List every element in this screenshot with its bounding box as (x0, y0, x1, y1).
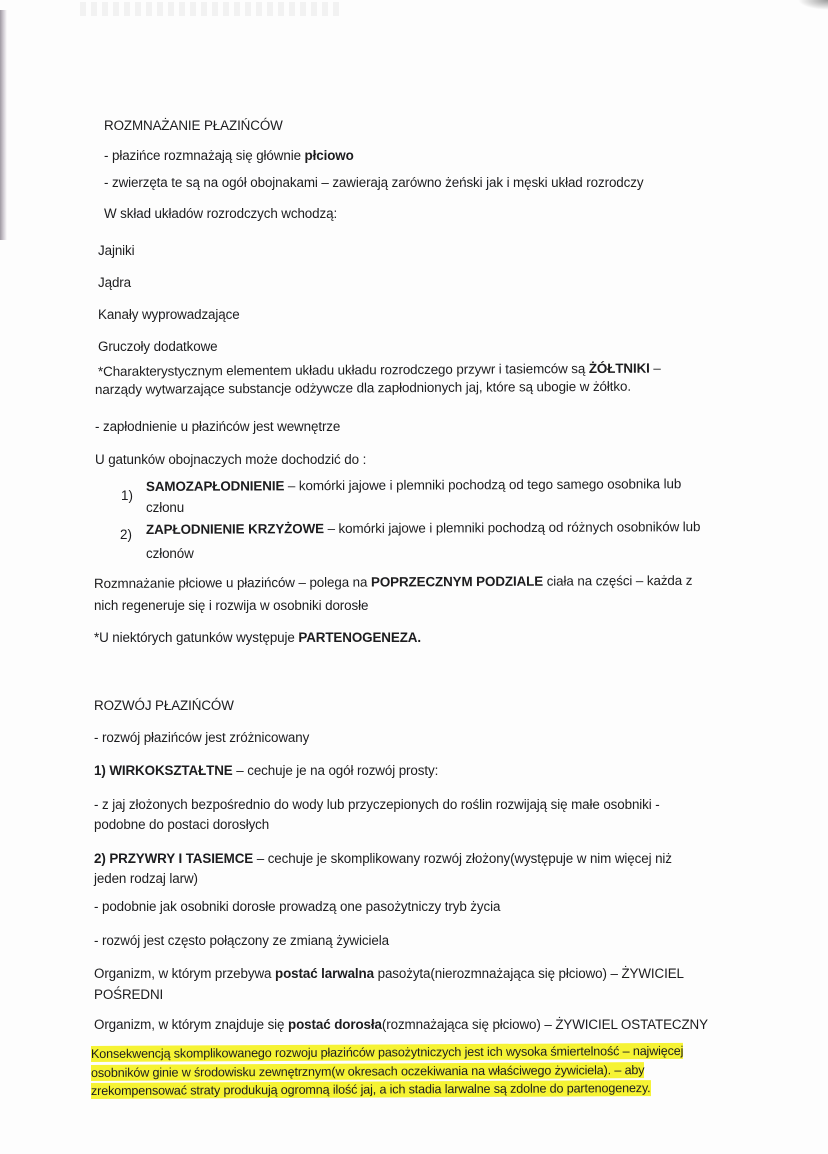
bold-term: postać larwalna (275, 966, 374, 981)
bold-term: postać dorosła (288, 1017, 382, 1032)
section-heading-reproduction: ROZMNAŻANIE PŁAZIŃCÓW (104, 117, 283, 135)
paragraph-line2: podobne do postaci dorosłych (94, 816, 269, 834)
bold-term: POPRZECZNYM PODZIALE (371, 574, 543, 590)
paragraph: - zwierzęta te są na ogół obojnakami – z… (104, 174, 643, 192)
paragraph-line2: jeden rodzaj larw) (94, 870, 198, 888)
page-edge-shadow (0, 10, 7, 240)
list-item-organ: Jądra (98, 274, 131, 292)
paragraph-division-line2: nich regeneruje się i rozwija w osobniki… (94, 597, 368, 615)
text: – cechuje je na ogół rozwój prosty: (233, 763, 439, 778)
highlighted-text-line: Konsekwencją skomplikowanego rozwoju pła… (91, 1043, 683, 1062)
text: *U niektórych gatunków występuje (94, 630, 298, 645)
bold-term: SAMOZAPŁODNIENIE (146, 478, 284, 494)
bold-term: PRZYWRY I TASIEMCE (109, 851, 253, 866)
text: ciała na części – każda z (543, 573, 692, 589)
list-item-cross-fertilization: ZAPŁODNIENIE KRZYŻOWE – komórki jajowe i… (146, 518, 700, 539)
text: Organizm, w którym znajduje się (94, 1017, 288, 1032)
bold-term: PARTENOGENEZA. (298, 630, 421, 645)
list-item-continuation: członu (146, 499, 184, 517)
list-number: 1) (121, 487, 133, 505)
text: Organizm, w którym przebywa (94, 966, 275, 981)
corner-smudge (798, 0, 828, 10)
list-item-selfing: SAMOZAPŁODNIENIE – komórki jajowe i plem… (146, 475, 681, 496)
paragraph-definitive-host: Organizm, w którym znajduje się postać d… (94, 1016, 708, 1034)
paragraph: - podobnie jak osobniki dorosłe prowadzą… (94, 898, 500, 916)
paragraph-flukes-tapeworms: 2) PRZYWRY I TASIEMCE – cechuje je skomp… (94, 850, 672, 868)
text: *Charakterystycznym elementem układu ukł… (98, 361, 589, 379)
paragraph-intermediate-host: Organizm, w którym przebywa postać larwa… (94, 965, 684, 983)
note-parthenogenesis: *U niektórych gatunków występuje PARTENO… (94, 629, 421, 647)
text: – (650, 361, 661, 376)
section-heading-development: ROZWÓJ PŁAZIŃCÓW (94, 697, 234, 715)
paragraph: - rozwój jest często połączony ze zmianą… (94, 932, 389, 950)
note-zoltniki-line2: narządy wytwarzające substancje odżywcze… (95, 378, 631, 399)
paragraph: - zapłodnienie u płazińców jest wewnętrz… (95, 418, 340, 436)
highlighted-paragraph: Konsekwencją skomplikowanego rozwoju pła… (91, 1045, 731, 1101)
bold-term: płciowo (305, 148, 354, 163)
highlighted-text-line: osobników ginie w środowisku zewnętrznym… (91, 1062, 644, 1081)
text: (rozmnażająca się płciowo) – ŻYWICIEL OS… (382, 1017, 708, 1032)
paragraph: - rozwój płazińców jest zróżnicowany (94, 729, 309, 747)
bold-term: 1) WIRKOKSZTAŁTNE (94, 763, 233, 778)
bold-term: 2) (94, 851, 109, 866)
paragraph: - płazińce rozmnażają się głównie płciow… (104, 147, 354, 165)
paragraph-division: Rozmnażanie płciowe u płazińców – polega… (94, 572, 692, 593)
paragraph: W skład układów rozrodczych wchodzą: (104, 205, 337, 223)
list-number: 2) (120, 526, 132, 544)
paragraph: - z jaj złożonych bezpośrednio do wody l… (94, 796, 660, 814)
text: – cechuje je skomplikowany rozwój złożon… (253, 851, 672, 866)
highlighted-text-line: zrekompensować straty produkują ogromną … (91, 1080, 651, 1099)
paragraph: U gatunków obojnaczych może dochodzić do… (95, 451, 366, 469)
text: – komórki jajowe i plemniki pochodzą od … (324, 519, 700, 536)
list-item-organ: Kanały wyprowadzające (98, 306, 240, 324)
list-item-organ: Jajniki (98, 242, 135, 260)
text: - płazińce rozmnażają się głównie (104, 148, 305, 163)
list-item-organ: Gruczoły dodatkowe (98, 338, 218, 356)
bold-term: ZAPŁODNIENIE KRZYŻOWE (146, 521, 324, 537)
paragraph-line2: POŚREDNI (94, 986, 163, 1004)
text: Rozmnażanie płciowe u płazińców – polega… (94, 575, 371, 591)
paragraph-turbellaria: 1) WIRKOKSZTAŁTNE – cechuje je na ogół r… (94, 762, 438, 780)
text: pasożyta(nierozmnażająca się płciowo) – … (374, 966, 684, 981)
text: – komórki jajowe i plemniki pochodzą od … (284, 476, 681, 493)
list-item-continuation: członów (146, 545, 194, 563)
bold-term: ŻÓŁTNIKI (589, 361, 650, 376)
bleed-through-text (80, 2, 340, 16)
